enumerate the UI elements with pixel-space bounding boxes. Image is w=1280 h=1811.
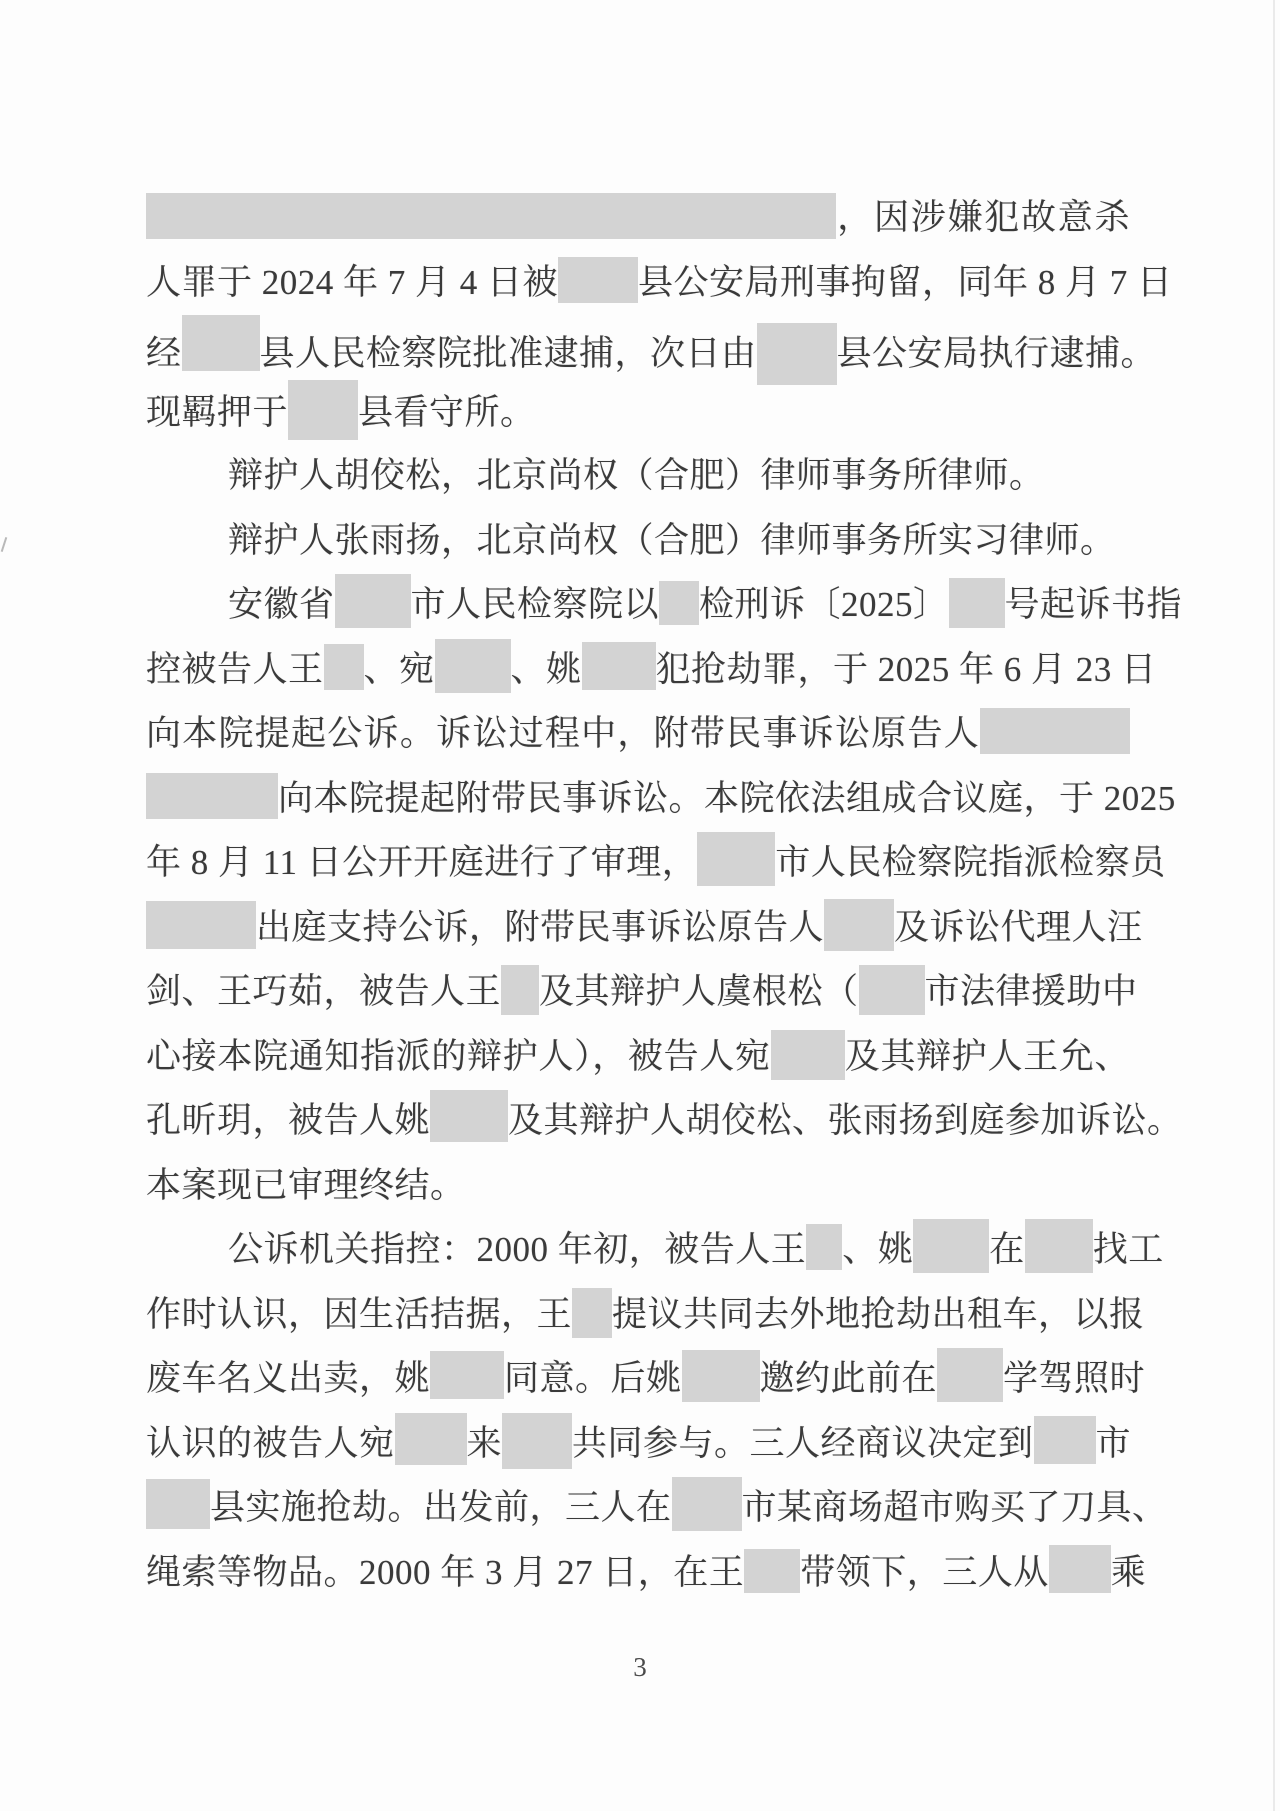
text-segment: 共同参与。三人经商议决定到: [572, 1424, 1034, 1463]
text-segment: 及其辩护人王允、: [845, 1037, 1130, 1076]
text-segment: 心接本院通知指派的辩护人），被告人宛: [146, 1037, 771, 1076]
text-line: 心接本院通知指派的辩护人），被告人宛及其辩护人王允、: [146, 1025, 1130, 1090]
text-line: 控被告人王、宛、姚犯抢劫罪，于 2025 年 6 月 23 日: [146, 638, 1130, 703]
redaction-box: [395, 1413, 467, 1465]
redaction-box: [824, 899, 894, 951]
text-segment: 县人民检察院批准逮捕，次日由: [260, 334, 757, 373]
text-segment: 剑、王巧茹，被告人王: [146, 972, 501, 1011]
text-segment: 邀约此前在: [760, 1359, 938, 1398]
text-segment: 在: [989, 1230, 1025, 1269]
redaction-box: [859, 965, 925, 1015]
text-line: 经县人民检察院批准逮捕，次日由县公安局执行逮捕。: [146, 315, 1130, 380]
text-line: 出庭支持公诉，附带民事诉讼原告人及诉讼代理人汪: [146, 896, 1130, 961]
text-line: 向本院提起附带民事诉讼。本院依法组成合议庭，于 2025: [146, 767, 1130, 832]
redaction-box: [501, 965, 539, 1015]
text-segment: 县公安局执行逮捕。: [837, 334, 1157, 373]
text-line: 公诉机关指控：2000 年初，被告人王、姚在找工: [146, 1218, 1130, 1283]
text-segment: 找工: [1093, 1230, 1164, 1269]
text-segment: 安徽省: [228, 585, 335, 624]
text-segment: 人罪于 2024 年 7 月 4 日被: [146, 263, 558, 302]
text-line: 辩护人胡佼松，北京尚权（合肥）律师事务所律师。: [146, 444, 1130, 509]
text-line: 废车名义出卖，姚同意。后姚邀约此前在学驾照时: [146, 1347, 1130, 1412]
text-segment: 市某商场超市购买了刀具、: [742, 1488, 1168, 1527]
text-segment: 、姚: [511, 650, 582, 689]
text-segment: 辩护人张雨扬，北京尚权（合肥）律师事务所实习律师。: [228, 521, 1116, 560]
text-segment: 废车名义出卖，姚: [146, 1359, 430, 1398]
text-segment: 同意。后姚: [504, 1359, 682, 1398]
redaction-box: [744, 1549, 800, 1593]
text-segment: 年 8 月 11 日公开开庭进行了审理，: [146, 843, 697, 882]
document-body: ，因涉嫌犯故意杀人罪于 2024 年 7 月 4 日被县公安局刑事拘留，同年 8…: [146, 186, 1130, 1605]
text-segment: 认识的被告人宛: [146, 1424, 395, 1463]
redaction-box: [771, 1030, 845, 1080]
text-segment: 提议共同去外地抢劫出租车，以报: [612, 1295, 1145, 1334]
text-segment: 县实施抢劫。出发前，三人在: [210, 1488, 672, 1527]
text-line: 县实施抢劫。出发前，三人在市某商场超市购买了刀具、: [146, 1476, 1130, 1541]
text-segment: 、宛: [364, 650, 435, 689]
redaction-box: [146, 193, 836, 239]
scan-artifact-tick: [1, 537, 8, 552]
text-segment: 市法律援助中: [925, 972, 1138, 1011]
text-segment: ，因涉嫌犯故意杀: [836, 198, 1130, 237]
redaction-box: [682, 1350, 760, 1402]
redaction-box: [572, 1288, 612, 1338]
text-segment: 经: [146, 334, 182, 373]
text-line: 本案现已审理终结。: [146, 1154, 1130, 1219]
redaction-box: [324, 644, 364, 690]
text-line: 现羁押于县看守所。: [146, 380, 1130, 445]
text-segment: 本案现已审理终结。: [146, 1166, 466, 1205]
redaction-box: [937, 1348, 1003, 1402]
text-segment: 出庭支持公诉，附带民事诉讼原告人: [256, 908, 824, 947]
document-page: ，因涉嫌犯故意杀人罪于 2024 年 7 月 4 日被县公安局刑事拘留，同年 8…: [0, 0, 1280, 1811]
text-segment: 公诉机关指控：2000 年初，被告人王: [228, 1230, 806, 1269]
text-segment: 及其辩护人胡佼松、张雨扬到庭参加诉讼。: [508, 1101, 1183, 1140]
redaction-box: [659, 581, 699, 625]
text-line: 剑、王巧茹，被告人王及其辩护人虞根松（市法律援助中: [146, 960, 1130, 1025]
redaction-box: [430, 1351, 504, 1399]
text-line: 辩护人张雨扬，北京尚权（合肥）律师事务所实习律师。: [146, 509, 1130, 574]
text-segment: 学驾照时: [1003, 1359, 1145, 1398]
text-segment: 县看守所。: [358, 393, 536, 432]
redaction-box: [1049, 1545, 1111, 1593]
text-line: 绳索等物品。2000 年 3 月 27 日，在王带领下，三人从乘: [146, 1541, 1130, 1606]
text-segment: 及诉讼代理人汪: [894, 908, 1143, 947]
redaction-box: [182, 315, 260, 371]
text-segment: 向本院提起附带民事诉讼。本院依法组成合议庭，于 2025: [278, 779, 1176, 818]
text-segment: 县公安局刑事拘留，同年 8 月 7 日: [638, 263, 1173, 302]
text-line: 作时认识，因生活拮据，王提议共同去外地抢劫出租车，以报: [146, 1283, 1130, 1348]
text-line: 孔昕玥，被告人姚及其辩护人胡佼松、张雨扬到庭参加诉讼。: [146, 1089, 1130, 1154]
text-line: ，因涉嫌犯故意杀: [146, 186, 1130, 251]
text-segment: 市人民检察院指派检察员: [775, 843, 1166, 882]
redaction-box: [582, 642, 656, 690]
text-segment: 、姚: [842, 1230, 913, 1269]
text-segment: 犯抢劫罪，于 2025 年 6 月 23 日: [656, 650, 1157, 689]
text-segment: 控被告人王: [146, 650, 324, 689]
redaction-box: [757, 323, 837, 385]
text-segment: 及其辩护人虞根松（: [539, 972, 859, 1011]
text-line: 认识的被告人宛来共同参与。三人经商议决定到市: [146, 1412, 1130, 1477]
text-segment: 市人民检察院以: [411, 585, 660, 624]
text-segment: 号起诉书指: [1005, 585, 1183, 624]
page-number: 3: [0, 1652, 1280, 1683]
scan-artifact-edge: [1273, 0, 1275, 1811]
text-line: 向本院提起公诉。诉讼过程中，附带民事诉讼原告人: [146, 702, 1130, 767]
redaction-box: [146, 1479, 210, 1529]
text-segment: 孔昕玥，被告人姚: [146, 1101, 430, 1140]
redaction-box: [697, 832, 775, 886]
redaction-box: [980, 708, 1130, 754]
text-segment: 绳索等物品。2000 年 3 月 27 日，在王: [146, 1553, 744, 1592]
redaction-box: [146, 773, 278, 819]
redaction-box: [806, 1224, 842, 1270]
text-segment: 带领下，三人从: [800, 1553, 1049, 1592]
redaction-box: [1034, 1416, 1096, 1464]
redaction-box: [335, 574, 411, 628]
redaction-box: [146, 901, 256, 949]
redaction-box: [1025, 1219, 1093, 1273]
redaction-box: [949, 578, 1005, 628]
redaction-box: [430, 1090, 508, 1142]
text-segment: 检刑诉〔2025〕: [699, 585, 949, 624]
redaction-box: [288, 380, 358, 440]
redaction-box: [558, 257, 638, 303]
redaction-box: [435, 639, 511, 693]
text-segment: 乘: [1111, 1553, 1147, 1592]
redaction-box: [502, 1413, 572, 1469]
text-line: 安徽省市人民检察院以检刑诉〔2025〕号起诉书指: [146, 573, 1130, 638]
text-line: 人罪于 2024 年 7 月 4 日被县公安局刑事拘留，同年 8 月 7 日: [146, 251, 1130, 316]
text-segment: 现羁押于: [146, 393, 288, 432]
redaction-box: [672, 1477, 742, 1531]
text-segment: 作时认识，因生活拮据，王: [146, 1295, 572, 1334]
text-line: 年 8 月 11 日公开开庭进行了审理，市人民检察院指派检察员: [146, 831, 1130, 896]
text-segment: 辩护人胡佼松，北京尚权（合肥）律师事务所律师。: [228, 456, 1045, 495]
text-segment: 来: [467, 1424, 503, 1463]
text-segment: 向本院提起公诉。诉讼过程中，附带民事诉讼原告人: [146, 714, 980, 753]
text-segment: 市: [1096, 1424, 1132, 1463]
redaction-box: [913, 1219, 989, 1273]
